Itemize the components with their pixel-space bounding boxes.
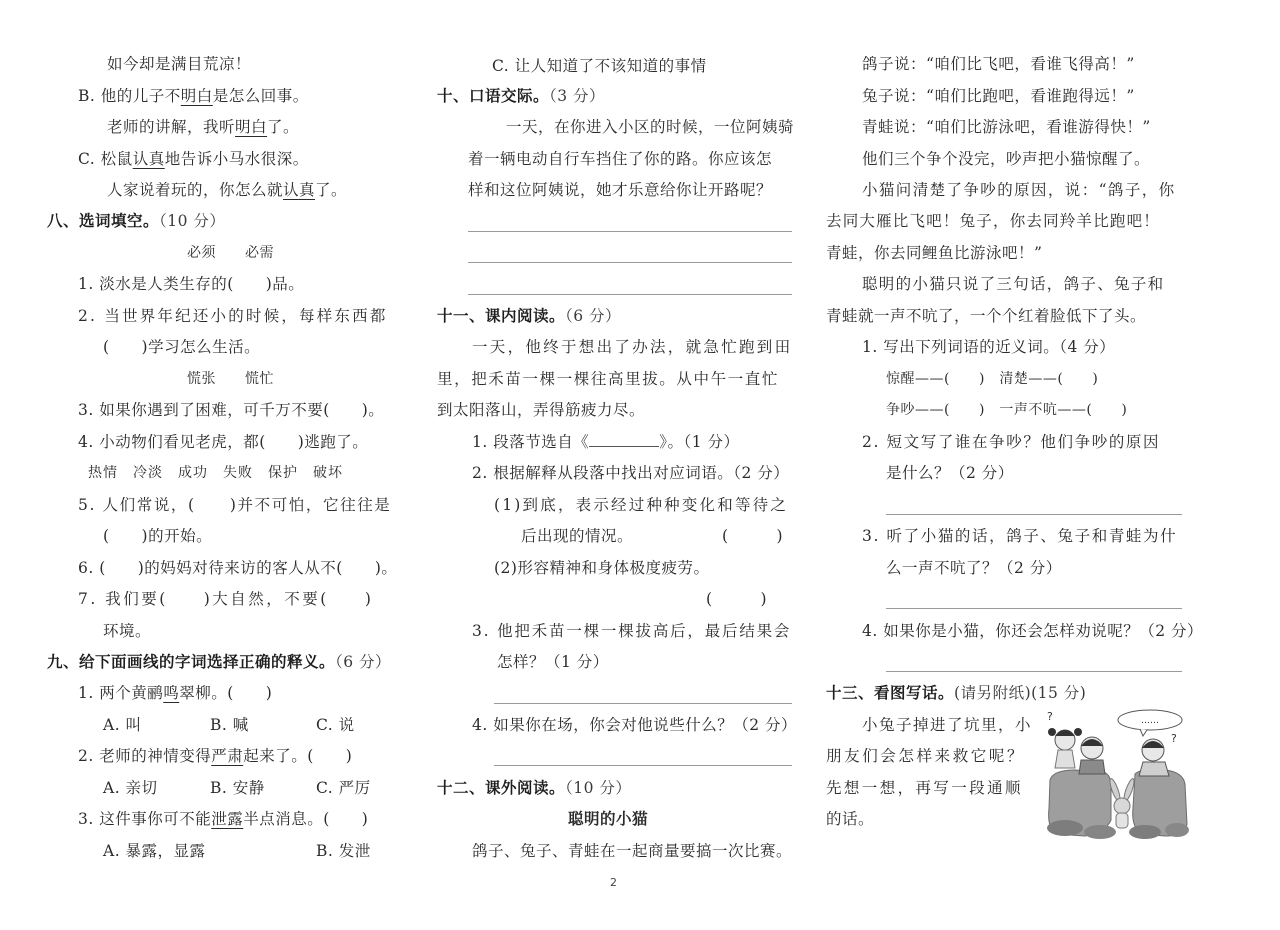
q9-option-1b: B. 喊: [210, 715, 249, 735]
answer-line[interactable]: [886, 608, 1182, 609]
q12-question-2a: 2. 短文写了谁在争吵？他们争吵的原因: [862, 432, 1160, 452]
q12-question-3a: 3. 听了小猫的话，鸽子、兔子和青蛙为什: [862, 526, 1177, 546]
q9-option-2c: C. 严厉: [316, 778, 371, 798]
section-12-heading: 十二、课外阅读。（10 分）: [437, 778, 631, 798]
q10-para-3: 样和这位阿姨说，她才乐意给你让开路呢？: [468, 180, 772, 200]
q9-option-2a: A. 亲切: [103, 778, 158, 798]
story-line-7: 青蛙，你去同鲤鱼比游泳吧！”: [826, 243, 1042, 263]
q11-sub-3a: 3. 他把禾苗一棵一棵拔高后，最后结果会: [472, 621, 791, 641]
q11-sub-1: 1. 段落节选自《》。（1 分）: [472, 432, 740, 452]
q12-question-3b: 么一声不吭了？（2 分）: [886, 558, 1062, 578]
story-line-6: 去同大雁比飞吧！兔子，你去同羚羊比跑吧！: [826, 211, 1160, 231]
q10-para-1: 一天，在你进入小区的时候，一位阿姨骑: [506, 117, 794, 137]
q13-para-1: 小兔子掉进了坑里，小: [862, 715, 1032, 735]
q10-para-2: 着一辆电动自行车挡住了你的路。你应该怎: [468, 149, 772, 169]
underlined-word: 认真: [133, 150, 165, 168]
q12-synonyms-row-2: 争吵——( ) 一声不吭——( ): [886, 400, 1127, 420]
q11-sub-3b: 怎样？（1 分）: [497, 652, 609, 672]
q13-para-2: 朋友们会怎样来救它呢？: [826, 746, 1025, 766]
children-rescue-icon: …… ? ?: [1045, 708, 1190, 843]
q8-item-2a: 2. 当世界年纪还小的时候，每样东西都: [78, 306, 388, 326]
option-a-line2: 如今却是满目荒凉！: [107, 54, 251, 74]
story-line-2: 兔子说：“咱们比跑吧，看谁跑得远！”: [862, 86, 1135, 106]
q9-option-1a: A. 叫: [103, 715, 142, 735]
answer-line[interactable]: [494, 703, 792, 704]
q13-para-4: 的话。: [826, 809, 874, 829]
q9-option-1c: C. 说: [316, 715, 355, 735]
story-title: 聪明的小猫: [568, 809, 648, 829]
answer-paren[interactable]: ( ): [722, 526, 783, 546]
q11-para-2: 里，把禾苗一棵一棵往高里拔。从中午一直忙: [437, 369, 779, 389]
option-b-line2: 老师的讲解，我听明白了。: [107, 117, 299, 137]
q9-option-3a: A. 暴露，显露: [103, 841, 206, 861]
section-11-heading: 十一、课内阅读。（6 分）: [437, 306, 621, 326]
story-line-9: 青蛙就一声不吭了，一个个红着脸低下了头。: [826, 306, 1146, 326]
q12-synonyms-row-1: 惊醒——( ) 清楚——( ): [886, 369, 1098, 389]
section-10-heading: 十、口语交际。（3 分）: [437, 86, 605, 106]
answer-line[interactable]: [886, 671, 1182, 672]
story-line-4: 他们三个争个没完，吵声把小猫惊醒了。: [862, 149, 1150, 169]
answer-line[interactable]: [494, 765, 792, 766]
q8-item-4: 4. 小动物们看见老虎，都( )逃跑了。: [78, 432, 368, 452]
word-bank-3: 热情 冷淡 成功 失败 保护 破坏: [88, 463, 343, 483]
q9-item-1: 1. 两个黄鹂鸣翠柳。( ): [78, 683, 272, 703]
section-13-heading: 十三、看图写话。(请另附纸)(15 分): [826, 683, 1086, 703]
q11-sub-2: 2. 根据解释从段落中找出对应词语。（2 分）: [472, 463, 789, 483]
word-bank-2: 慌张 慌忙: [187, 369, 274, 389]
q11-sub-2a-line2: 后出现的情况。: [521, 526, 633, 546]
q11-para-1: 一天，他终于想出了办法，就急忙跑到田: [472, 337, 792, 357]
option-c-line2: 人家说着玩的，你怎么就认真了。: [107, 180, 347, 200]
q8-item-2b: ( )学习怎么生活。: [103, 337, 260, 357]
q8-item-5a: 5. 人们常说，( )并不可怕，它往往是: [78, 495, 391, 515]
q11-para-3: 到太阳落山，弄得筋疲力尽。: [437, 400, 645, 420]
answer-paren[interactable]: ( ): [706, 589, 767, 609]
q8-item-7b: 环境。: [103, 621, 151, 641]
answer-line[interactable]: [468, 262, 792, 263]
q9-item-3: 3. 这件事你可不能泄露半点消息。( ): [78, 809, 368, 829]
word-bank-1: 必须 必需: [187, 243, 274, 263]
underlined-word: 明白: [235, 118, 267, 136]
q11-sub-2a-line1: (1)到底，表示经过种种变化和等待之: [494, 495, 788, 515]
q9-option-2b: B. 安静: [210, 778, 265, 798]
q13-para-3: 先想一想，再写一段通顺: [826, 778, 1023, 798]
q12-question-2b: 是什么？（2 分）: [886, 463, 1014, 483]
underlined-word: 明白: [181, 87, 213, 105]
q8-item-7a: 7. 我们要( )大自然，不要( ): [78, 589, 373, 609]
answer-line[interactable]: [468, 231, 792, 232]
option-c-line1: C. 松鼠认真地告诉小马水很深。: [78, 149, 309, 169]
section-9-heading: 九、给下面画线的字词选择正确的释义。（6 分）: [47, 652, 391, 672]
story-line-3: 青蛙说：“咱们比游泳吧，看谁游得快！”: [862, 117, 1151, 137]
story-line-5: 小猫问清楚了争吵的原因，说：“鸽子，你: [862, 180, 1176, 200]
q9-option-3c: C. 让人知道了不该知道的事情: [492, 56, 707, 76]
q12-question-4: 4. 如果你是小猫，你还会怎样劝说呢？（2 分）: [862, 621, 1203, 641]
q8-item-3: 3. 如果你遇到了困难，可千万不要( )。: [78, 400, 384, 420]
page-number: 2: [610, 876, 617, 889]
story-para-1: 鸽子、兔子、青蛙在一起商量要搞一次比赛。: [472, 841, 792, 861]
svg-text:?: ?: [1047, 710, 1053, 723]
story-line-8: 聪明的小猫只说了三句话，鸽子、兔子和: [862, 274, 1164, 294]
svg-text:?: ?: [1171, 732, 1177, 745]
title-blank[interactable]: [589, 432, 659, 447]
q9-item-2: 2. 老师的神情变得严肃起来了。( ): [78, 746, 352, 766]
q11-sub-2b: (2)形容精神和身体极度疲劳。: [494, 558, 709, 578]
q11-sub-4: 4. 如果你在场，你会对他说些什么？（2 分）: [472, 715, 797, 735]
answer-line[interactable]: [886, 514, 1182, 515]
section-8-heading: 八、选词填空。（10 分）: [47, 211, 225, 231]
q9-option-3b: B. 发泄: [316, 841, 371, 861]
q12-question-1: 1. 写出下列词语的近义词。（4 分）: [862, 337, 1115, 357]
underlined-word: 认真: [283, 181, 315, 199]
q8-item-1: 1. 淡水是人类生存的( )品。: [78, 274, 304, 294]
q8-item-6: 6. ( )的妈妈对待来访的客人从不( )。: [78, 558, 397, 578]
story-line-1: 鸽子说：“咱们比飞吧，看谁飞得高！”: [862, 54, 1135, 74]
option-b-line1: B. 他的儿子不明白是怎么回事。: [78, 86, 309, 106]
q8-item-5b: ( )的开始。: [103, 526, 212, 546]
svg-text:……: ……: [1141, 716, 1159, 726]
answer-line[interactable]: [468, 294, 792, 295]
illustration-rabbit-in-pit: …… ? ?: [1045, 708, 1190, 843]
